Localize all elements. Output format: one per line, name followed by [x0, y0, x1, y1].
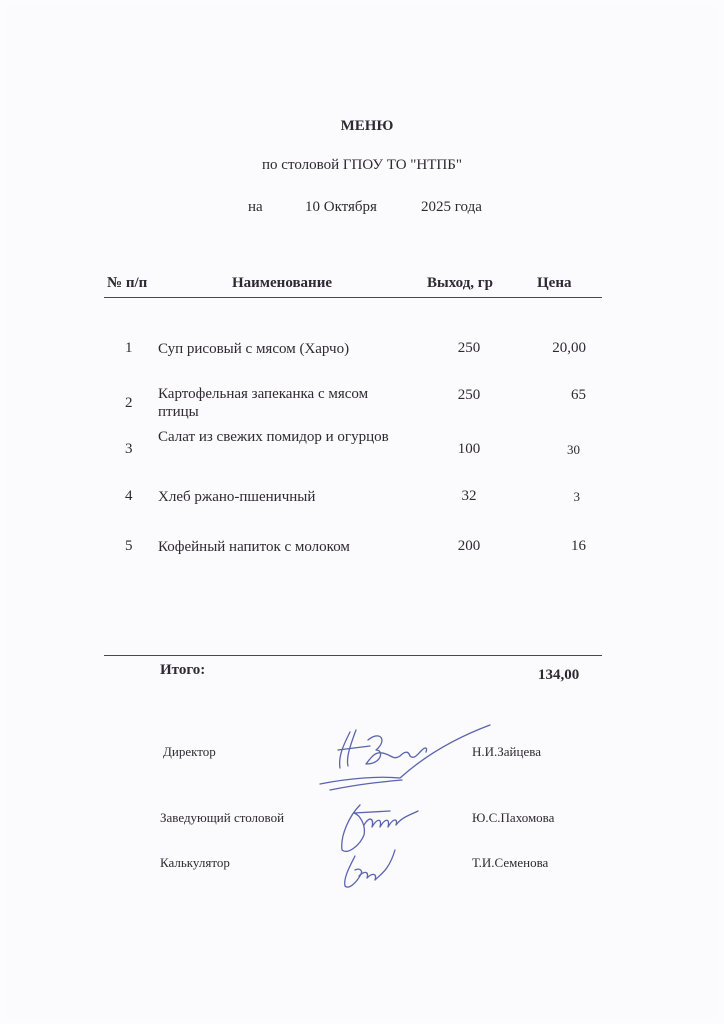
row-number: 2	[125, 395, 133, 412]
signatory-role: Калькулятор	[160, 855, 230, 871]
row-yield: 32	[449, 488, 489, 505]
signatory-role: Заведующий столовой	[160, 810, 284, 826]
column-header-price: Цена	[537, 275, 571, 292]
row-number: 1	[125, 340, 133, 357]
row-price: 16	[530, 538, 586, 555]
row-price: 65	[530, 387, 586, 404]
total-label: Итого:	[160, 662, 205, 679]
row-yield: 250	[449, 340, 489, 357]
row-number: 4	[125, 488, 133, 505]
row-yield: 100	[449, 441, 489, 458]
column-header-name: Наименование	[232, 275, 332, 292]
signatory-role: Директор	[163, 744, 216, 760]
date-year: 2025 года	[421, 199, 482, 216]
document-page: МЕНЮ по столовой ГПОУ ТО "НТПБ" на 10 Ок…	[0, 0, 724, 1024]
row-yield: 200	[449, 538, 489, 555]
signatory-name: Ю.С.Пахомова	[472, 810, 554, 826]
row-price: 3	[530, 489, 580, 505]
row-number: 3	[125, 441, 133, 458]
document-title: МЕНЮ	[0, 118, 724, 135]
handwritten-signature-icon	[335, 848, 415, 898]
row-name: Хлеб ржано-пшеничный	[158, 488, 408, 506]
date-day-month: 10 Октября	[305, 199, 377, 216]
handwritten-signature-icon	[310, 720, 500, 800]
row-name: Суп рисовый с мясом (Харчо)	[158, 340, 408, 358]
document-subtitle: по столовой ГПОУ ТО "НТПБ"	[0, 157, 724, 174]
signatory-name: Н.И.Зайцева	[472, 744, 541, 760]
row-price: 20,00	[530, 340, 586, 357]
header-divider	[104, 297, 602, 298]
row-name: Кофейный напиток с молоком	[158, 538, 408, 556]
signatory-name: Т.И.Семенова	[472, 855, 548, 871]
row-number: 5	[125, 538, 133, 555]
column-header-number: № п/п	[107, 275, 147, 292]
row-yield: 250	[449, 387, 489, 404]
total-divider	[104, 655, 602, 656]
row-name: Салат из свежих помидор и огурцов	[158, 428, 408, 446]
date-prefix: на	[248, 199, 263, 216]
row-price: 30	[530, 442, 580, 458]
total-value: 134,00	[538, 667, 579, 684]
row-name: Картофельная запеканка с мясом птицы	[158, 385, 408, 421]
column-header-yield: Выход, гр	[427, 275, 493, 292]
